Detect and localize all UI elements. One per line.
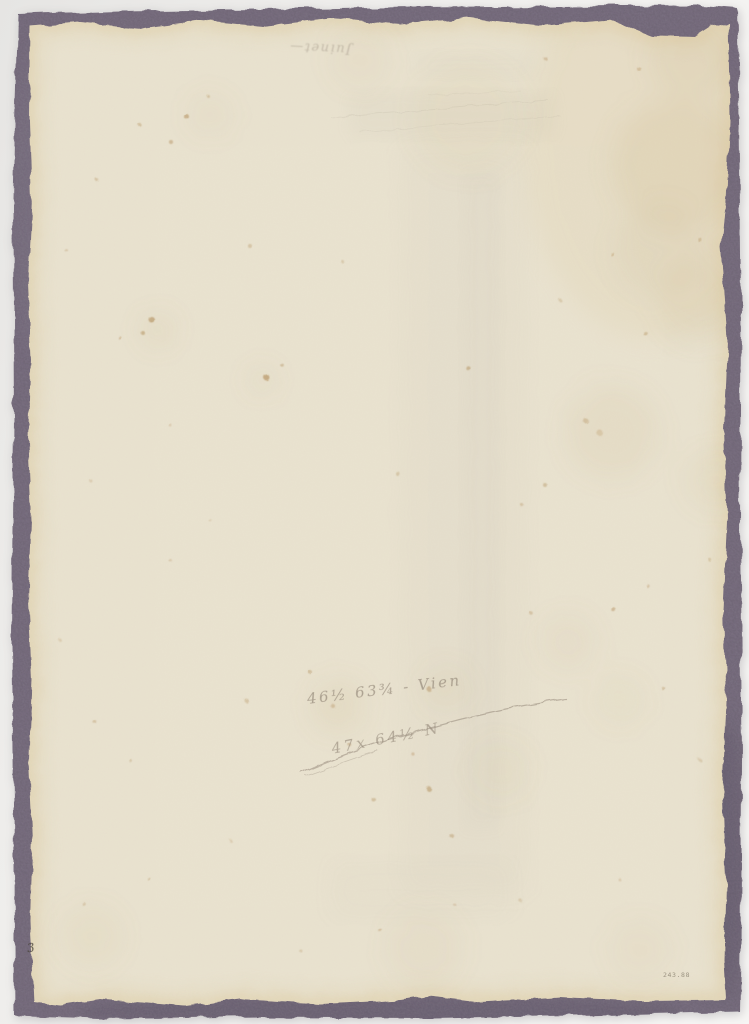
verso-sheet-graphic	[0, 0, 749, 1024]
photo-of-artwork-verso: Juinet— 46½ 63¾ - Vien 47x 64½ N 3 243.8…	[0, 0, 749, 1024]
paper-sheet	[0, 0, 749, 1024]
